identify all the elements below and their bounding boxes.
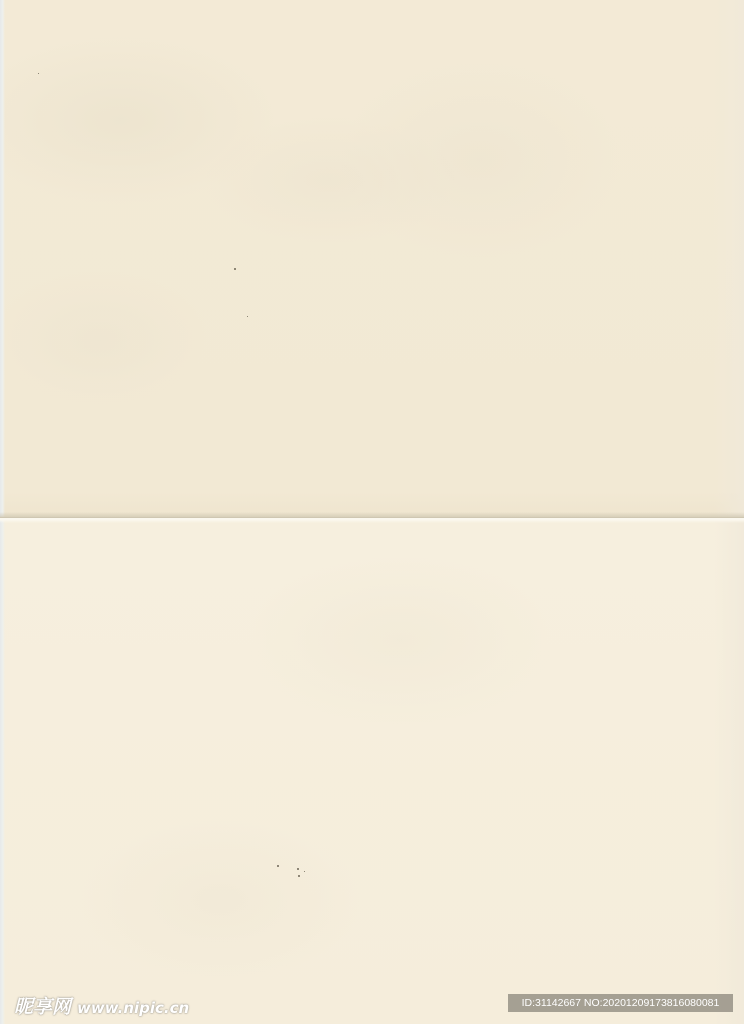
watermark-site-url: www.nipic.cn: [77, 999, 189, 1017]
fold-crease: [0, 512, 744, 522]
fold-highlight: [0, 520, 744, 523]
watermark-logo: 昵享网www.nipic.cn: [14, 992, 189, 1019]
speck: [298, 875, 300, 877]
speck: [297, 868, 299, 870]
speck: [304, 871, 305, 872]
watermark-id-badge: ID:31142667 NO:20201209173816080081: [508, 994, 733, 1012]
speck: [38, 73, 39, 74]
speck: [234, 268, 236, 270]
watermark-site-name: 昵享网: [14, 996, 71, 1018]
speck: [277, 865, 279, 867]
speck: [247, 316, 248, 317]
